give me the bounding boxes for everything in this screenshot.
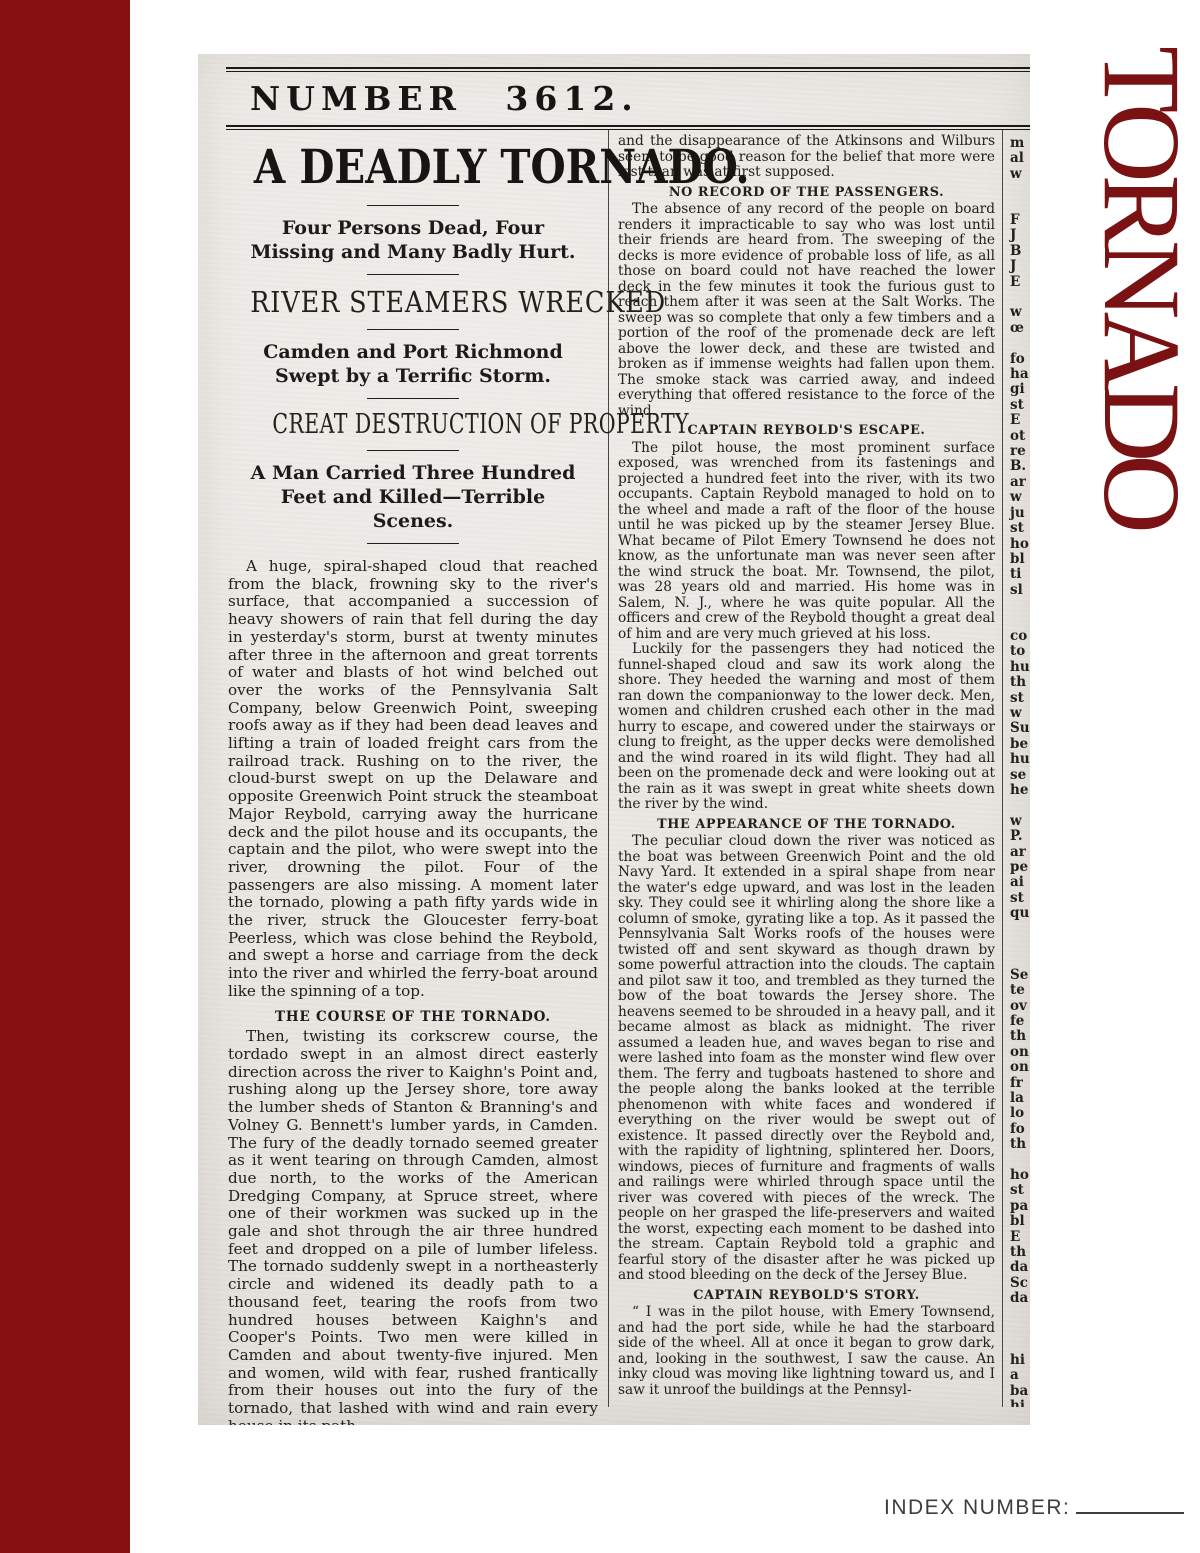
sub-headline-1: RIVER STEAMERS WRECKED [250, 285, 576, 319]
clipped-line-fragment: ot [1010, 429, 1030, 444]
clipped-line-fragment: fo [1010, 1122, 1030, 1137]
sub-headline-2: CREAT DESTRUCTION OF PROPERTY [272, 409, 553, 440]
clipped-line-fragment: co [1010, 629, 1030, 644]
column-right-clipped: malwFJBJEwœfohagistEotreB.arwjusthobltis… [1002, 130, 1030, 1407]
divider-rule [367, 450, 459, 451]
clipped-line-fragment: œ [1010, 321, 1030, 336]
clipped-line-fragment: bl [1010, 552, 1030, 567]
clipped-line-fragment [1010, 1307, 1030, 1322]
clipped-line-fragment: ju [1010, 506, 1030, 521]
clipped-line-fragment: he [1010, 783, 1030, 798]
newspaper-masthead: NUMBER 3612. [198, 54, 1030, 130]
clipped-line-fragment [1010, 798, 1030, 813]
newspaper-scan: NUMBER 3612. A DEADLY TORNADO. Four Pers… [198, 54, 1030, 1425]
clipped-line-fragment: th [1010, 1029, 1030, 1044]
clipped-line-fragment: ar [1010, 475, 1030, 490]
clipped-line-fragment: da [1010, 1260, 1030, 1275]
issue-number: NUMBER 3612. [250, 79, 1030, 118]
clipped-line-fragment: on [1010, 1060, 1030, 1075]
clipped-line-fragment: Su [1010, 721, 1030, 736]
clipped-line-fragment: E [1010, 1230, 1030, 1245]
middle-block: THE APPEARANCE OF THE TORNADO. [618, 817, 995, 833]
clipped-line-fragment [1010, 336, 1030, 351]
index-number-label: INDEX NUMBER: [884, 1496, 1070, 1519]
clipped-line-fragment [1010, 1322, 1030, 1337]
clipped-line-fragment: st [1010, 398, 1030, 413]
clipped-line-fragment: se [1010, 768, 1030, 783]
clipped-line-fragment: qu [1010, 906, 1030, 921]
left-crosshead: THE COURSE OF THE TORNADO. [228, 1009, 598, 1027]
clipped-line-fragment: ti [1010, 567, 1030, 582]
clipped-line-fragment: st [1010, 891, 1030, 906]
clipped-line-fragment: E [1010, 413, 1030, 428]
middle-block: The peculiar cloud down the river was no… [618, 834, 995, 1284]
clipped-line-fragment [1010, 922, 1030, 937]
clipped-line-fragment: hu [1010, 752, 1030, 767]
clipped-line-fragment: st [1010, 521, 1030, 536]
clipped-line-fragment: te [1010, 983, 1030, 998]
clipped-line-fragment: w [1010, 706, 1030, 721]
deck-headline-2: Camden and Port Richmond Swept by a Terr… [228, 340, 598, 388]
newspaper-columns: A DEADLY TORNADO. Four Persons Dead, Fou… [198, 130, 1030, 1407]
clipped-line-fragment: on [1010, 1045, 1030, 1060]
clipped-line-fragment: J [1010, 259, 1030, 274]
left-accent-band [0, 0, 130, 1553]
clipped-line-fragment: w [1010, 167, 1030, 182]
middle-block: “ I was in the pilot house, with Emery T… [618, 1305, 995, 1398]
clipped-line-fragment [1010, 1153, 1030, 1168]
clipped-line-fragment: ha [1010, 367, 1030, 382]
left-paragraph-1: A huge, spiral-shaped cloud that reached… [228, 558, 598, 1001]
clipped-line-fragment: Se [1010, 968, 1030, 983]
middle-block: CAPTAIN REYBOLD'S STORY. [618, 1288, 995, 1304]
clipped-line-fragment [1010, 182, 1030, 197]
clipped-line-fragment: ov [1010, 999, 1030, 1014]
clipped-line-fragment [1010, 937, 1030, 952]
clipped-line-fragment: P. [1010, 829, 1030, 844]
clipped-line-fragment: ho [1010, 537, 1030, 552]
divider-rule [367, 398, 459, 399]
divider-rule [367, 274, 459, 275]
clipped-line-fragment [1010, 598, 1030, 613]
clipped-line-fragment: Sc [1010, 1276, 1030, 1291]
clipped-line-fragment [1010, 614, 1030, 629]
clipped-line-fragment: fr [1010, 1076, 1030, 1091]
clipped-line-fragment: th [1010, 675, 1030, 690]
clipped-line-fragment: st [1010, 691, 1030, 706]
clipped-line-fragment: da [1010, 1291, 1030, 1306]
middle-block: Luckily for the passengers they had noti… [618, 642, 995, 813]
clipped-line-fragment [1010, 198, 1030, 213]
index-number-row: INDEX NUMBER: [884, 1496, 1184, 1520]
clipped-line-fragment: th [1010, 1137, 1030, 1152]
clipped-line-fragment: F [1010, 213, 1030, 228]
left-column-body: A huge, spiral-shaped cloud that reached… [228, 558, 598, 1425]
clipped-line-fragment: bl [1010, 1214, 1030, 1229]
deck-headline-1: Four Persons Dead, Four Missing and Many… [228, 216, 598, 264]
clipped-line-fragment: pe [1010, 860, 1030, 875]
clipped-line-fragment: hi [1010, 1399, 1030, 1407]
clipped-line-fragment: hu [1010, 660, 1030, 675]
clipped-line-fragment: B [1010, 244, 1030, 259]
clipped-line-fragment: ba [1010, 1384, 1030, 1399]
vertical-page-title: TORNADO [1078, 46, 1200, 606]
clipped-line-fragment: lo [1010, 1106, 1030, 1121]
clipped-line-fragment: gi [1010, 382, 1030, 397]
clipped-line-fragment: ho [1010, 1168, 1030, 1183]
column-middle: and the disappearance of the Atkinsons a… [608, 130, 1002, 1407]
clipped-line-fragment: w [1010, 814, 1030, 829]
clipped-line-fragment [1010, 290, 1030, 305]
main-headline: A DEADLY TORNADO. [254, 140, 572, 195]
clipped-line-fragment: th [1010, 1245, 1030, 1260]
clipped-line-fragment: ai [1010, 875, 1030, 890]
clipped-line-fragment: hi [1010, 1353, 1030, 1368]
clipped-line-fragment [1010, 952, 1030, 967]
divider-rule [367, 543, 459, 544]
left-paragraph-2: Then, twisting its corkscrew course, the… [228, 1028, 598, 1425]
clipped-line-fragment [1010, 1337, 1030, 1352]
clipped-line-fragment: E [1010, 275, 1030, 290]
clipped-line-fragment: st [1010, 1183, 1030, 1198]
clipped-line-fragment: re [1010, 444, 1030, 459]
clipped-line-fragment: sl [1010, 583, 1030, 598]
middle-block: The absence of any record of the people … [618, 202, 995, 419]
clipped-line-fragment: w [1010, 305, 1030, 320]
divider-rule [367, 329, 459, 330]
clipped-line-fragment: B. [1010, 459, 1030, 474]
index-number-blank [1076, 1496, 1184, 1514]
clipped-line-fragment: ar [1010, 845, 1030, 860]
deck-headline-3: A Man Carried Three Hundred Feet and Kil… [228, 461, 598, 533]
clipped-line-fragment: w [1010, 490, 1030, 505]
clipped-line-fragment: fe [1010, 1014, 1030, 1029]
clipped-line-fragment: a [1010, 1368, 1030, 1383]
clipped-line-fragment: be [1010, 737, 1030, 752]
divider-rule [367, 205, 459, 206]
clipped-line-fragment: fo [1010, 352, 1030, 367]
clipped-line-fragment: to [1010, 644, 1030, 659]
clipped-line-fragment: J [1010, 228, 1030, 243]
middle-block: The pilot house, the most prominent surf… [618, 441, 995, 643]
clipped-line-fragment: la [1010, 1091, 1030, 1106]
column-left: A DEADLY TORNADO. Four Persons Dead, Fou… [226, 130, 608, 1407]
clipped-line-fragment: al [1010, 151, 1030, 166]
masthead-top-rule [226, 67, 1030, 72]
clipped-line-fragment: m [1010, 136, 1030, 151]
clipped-line-fragment: pa [1010, 1199, 1030, 1214]
